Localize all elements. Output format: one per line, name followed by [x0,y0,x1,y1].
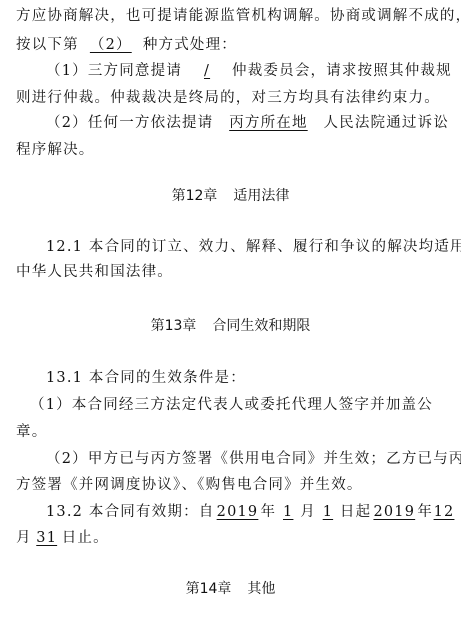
text: 月 [300,504,316,520]
paragraph-line: 章。 [16,422,47,442]
text: （2）任何一方依法提请 [46,115,213,131]
chapter-number: 第13章 [151,318,197,334]
court-location-blank: 丙方所在地 [213,113,323,133]
chapter-title: 合同生效和期限 [212,318,310,334]
clause-13-2: 13.2 本合同有效期：自2019年1月1日起2019年12 [46,502,455,522]
end-day-blank: 31 [32,528,62,548]
arbitration-commission-blank: / [182,61,232,81]
text: 年 [417,504,433,520]
paragraph-line: 方应协商解决，也可提请能源监管机构调解。协商或调解不成的， [16,6,461,26]
chapter-12-heading: 第12章适用法律 [0,186,461,206]
chapter-13-heading: 第13章合同生效和期限 [0,316,461,336]
text: （1）三方同意提请 [46,63,182,79]
option1-line: （1）三方同意提请/仲裁委员会，请求按照其仲裁规 [46,61,452,81]
chapter-title: 适用法律 [233,188,289,204]
text: 按以下第 [16,37,79,53]
paragraph-line: 月31日止。 [16,528,109,548]
clause-13-1: 13.1 本合同的生效条件是： [46,368,246,388]
paragraph-line: 方签署《并网调度协议》、《购售电合同》并生效。 [16,475,363,495]
text: 日止。 [62,530,109,546]
end-year-blank: 2019 [371,502,417,522]
text: 日起 [340,504,371,520]
paragraph-line: 则进行仲裁。仲裁裁决是终局的，对三方均具有法律约束力。 [16,88,440,108]
chapter-number: 第14章 [186,581,232,597]
text: 人民法院通过诉讼 [323,115,449,131]
text: 种方式处理： [143,37,237,53]
start-year-blank: 2019 [215,502,261,522]
condition-2: （2）甲方已与丙方签署《供用电合同》并生效；乙方已与丙 [46,449,461,469]
paragraph-line: 程序解决。 [16,140,95,160]
dispute-method-line: 按以下第（2）种方式处理： [16,35,237,55]
text: 年 [261,504,277,520]
start-month-blank: 1 [276,502,300,522]
chapter-title: 其他 [247,581,275,597]
option2-line: （2）任何一方依法提请丙方所在地人民法院通过诉讼 [46,113,449,133]
chapter-14-heading: 第14章其他 [0,579,461,599]
start-day-blank: 1 [316,502,340,522]
paragraph-line: 中华人民共和国法律。 [16,262,173,282]
text: 仲裁委员会，请求按照其仲裁规 [232,63,452,79]
text: 13.2 本合同有效期：自 [46,504,215,520]
chapter-number: 第12章 [172,188,218,204]
text: 月 [16,530,32,546]
document-page: 方应协商解决，也可提请能源监管机构调解。协商或调解不成的， 按以下第（2）种方式… [0,0,461,630]
method-choice-blank: （2） [79,35,143,55]
end-month-blank: 12 [433,502,455,522]
clause-12-1: 12.1 本合同的订立、效力、解释、履行和争议的解决均适用 [46,237,461,257]
condition-1: （1）本合同经三方法定代表人或委托代理人签字并加盖公 [30,395,433,415]
